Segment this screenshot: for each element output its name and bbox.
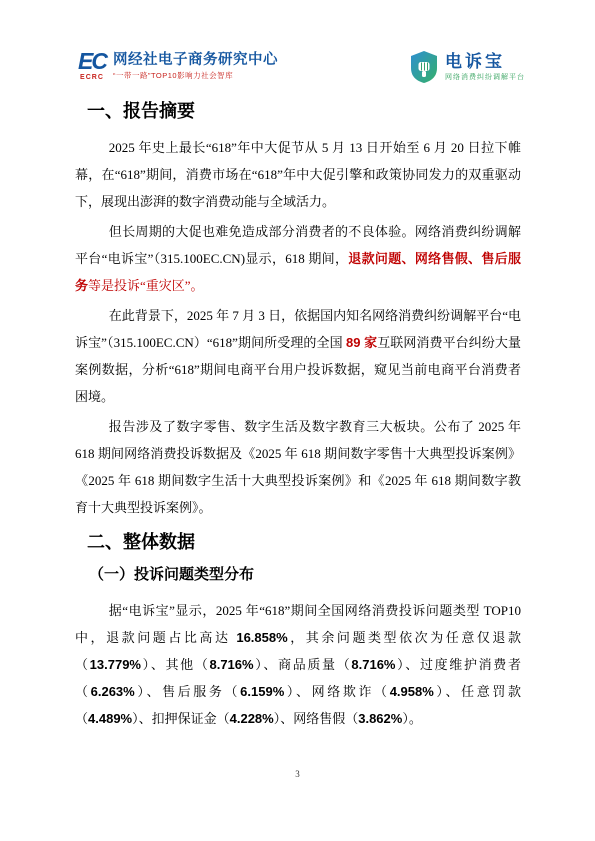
paragraph: 报告涉及了数字零售、数字生活及数字教育三大板块。公布了 2025 年 618 期… bbox=[75, 413, 521, 521]
paragraph: 在此背景下，2025 年 7 月 3 日，依据国内知名网络消费纠纷调解平台“电诉… bbox=[75, 302, 521, 410]
highlighted-text: 4.228% bbox=[230, 711, 274, 726]
highlighted-text: 6.263% bbox=[91, 684, 135, 699]
paragraph: 据“电诉宝”显示，2025 年“618”期间全国网络消费投诉问题类型 TOP10… bbox=[75, 597, 521, 732]
document-body: 一、报告摘要2025 年史上最长“618”年中大促节从 5 月 13 日开始至 … bbox=[75, 100, 521, 735]
fist-shield-icon bbox=[409, 50, 439, 84]
section-heading: （一）投诉问题类型分布 bbox=[89, 565, 521, 585]
body-text: ）、商品质量（ bbox=[254, 657, 352, 672]
document-page: EC ECRC 网经社电子商务研究中心 “一带一路”TOP10影响力社会智库 bbox=[0, 0, 595, 841]
page-number: 3 bbox=[295, 769, 300, 779]
ecrc-logo: EC ECRC 网经社电子商务研究中心 “一带一路”TOP10影响力社会智库 bbox=[78, 50, 278, 81]
body-text: ）、其他（ bbox=[141, 657, 209, 672]
highlighted-text: 13.779% bbox=[90, 657, 141, 672]
ecrc-abbr-label: ECRC bbox=[80, 74, 104, 81]
highlighted-text: 4.958% bbox=[390, 684, 434, 699]
ecrc-logo-tagline: “一带一路”TOP10影响力社会智库 bbox=[113, 71, 278, 80]
body-text: ）、售后服务（ bbox=[135, 684, 240, 699]
paragraph: 但长周期的大促也难免造成部分消费者的不良体验。网络消费纠纷调解平台“电诉宝”（3… bbox=[75, 218, 521, 299]
ecrc-logo-text: 网经社电子商务研究中心 “一带一路”TOP10影响力社会智库 bbox=[113, 51, 278, 81]
highlighted-text: 8.716% bbox=[209, 657, 253, 672]
highlighted-text: 6.159% bbox=[240, 684, 284, 699]
dsb-logo-tagline: 网络消费纠纷调解平台 bbox=[445, 74, 525, 82]
highlighted-text: 8.716% bbox=[351, 657, 395, 672]
highlighted-text: 等是投诉“重灾区”。 bbox=[88, 278, 204, 293]
document-header: EC ECRC 网经社电子商务研究中心 “一带一路”TOP10影响力社会智库 bbox=[78, 50, 525, 84]
dsb-logo-title: 电诉宝 bbox=[445, 52, 525, 72]
highlighted-text: 89 家 bbox=[346, 335, 377, 350]
body-text: ）。 bbox=[402, 711, 422, 726]
ecrc-logo-title: 网经社电子商务研究中心 bbox=[113, 51, 278, 69]
highlighted-text: 3.862% bbox=[358, 711, 402, 726]
document-footer: 3 bbox=[0, 769, 595, 779]
body-text: ）、网络欺诈（ bbox=[284, 684, 389, 699]
section-heading: 一、报告摘要 bbox=[87, 100, 521, 122]
body-text: 报告涉及了数字零售、数字生活及数字教育三大板块。公布了 2025 年 618 期… bbox=[75, 419, 521, 515]
dsb-logo: 电诉宝 网络消费纠纷调解平台 bbox=[409, 50, 525, 84]
dsb-logo-text: 电诉宝 网络消费纠纷调解平台 bbox=[445, 52, 525, 83]
highlighted-text: 16.858% bbox=[236, 630, 287, 645]
body-text: ）、扣押保证金（ bbox=[132, 711, 230, 726]
paragraph: 2025 年史上最长“618”年中大促节从 5 月 13 日开始至 6 月 20… bbox=[75, 134, 521, 215]
body-text: ）、网络售假（ bbox=[274, 711, 359, 726]
highlighted-text: 4.489% bbox=[88, 711, 132, 726]
body-text: 2025 年史上最长“618”年中大促节从 5 月 13 日开始至 6 月 20… bbox=[75, 140, 521, 209]
ec-monogram-icon: EC bbox=[78, 50, 106, 73]
ecrc-logo-icon: EC ECRC bbox=[78, 50, 106, 81]
section-heading: 二、整体数据 bbox=[87, 531, 521, 553]
